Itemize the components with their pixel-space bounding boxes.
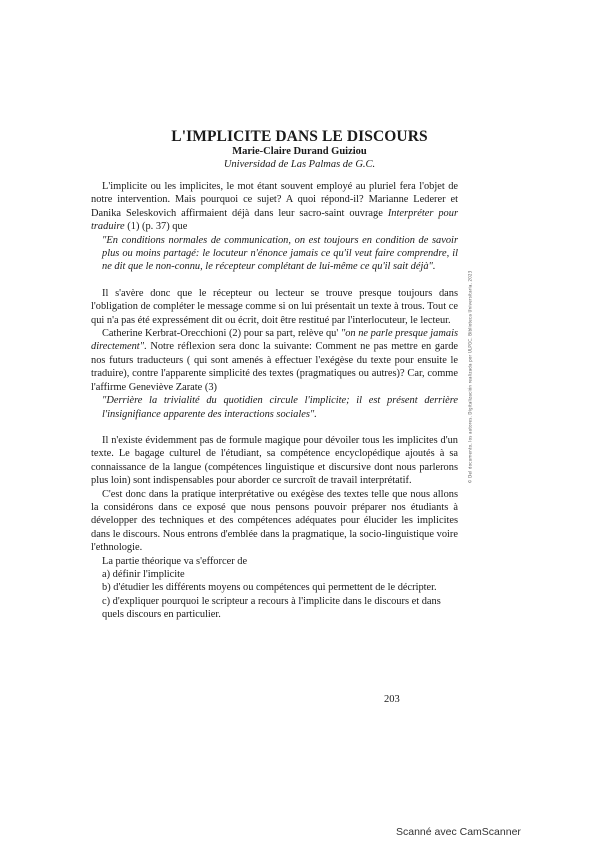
block-quote-2: "Derrière la trivialité du quotidien cir… bbox=[102, 394, 458, 421]
article-author: Marie-Claire Durand Guiziou bbox=[0, 146, 599, 157]
document-page: L'IMPLICITE DANS LE DISCOURS Marie-Clair… bbox=[0, 0, 599, 848]
paragraph-6: La partie théorique va s'efforcer de bbox=[91, 555, 458, 568]
paragraph-5: C'est donc dans la pratique interprétati… bbox=[91, 488, 458, 555]
paragraph-4: Il n'existe évidemment pas de formule ma… bbox=[91, 434, 458, 488]
margin-digitization-note: © Del documento, los autores. Digitaliza… bbox=[462, 300, 476, 488]
paragraph-3: Catherine Kerbrat-Orecchioni (2) pour sa… bbox=[91, 327, 458, 394]
scanner-watermark: Scanné avec CamScanner bbox=[396, 826, 521, 838]
list-item-b: b) d'étudier les différents moyens ou co… bbox=[102, 581, 458, 594]
article-affiliation: Universidad de Las Palmas de G.C. bbox=[0, 159, 599, 170]
page-number: 203 bbox=[384, 694, 400, 705]
paragraph-1: L'implicite ou les implicites, le mot ét… bbox=[91, 180, 458, 234]
list-item-a: a) définir l'implicite bbox=[102, 568, 458, 581]
article-body: L'implicite ou les implicites, le mot ét… bbox=[91, 180, 458, 622]
list-item-c: c) d'expliquer pourquoi le scripteur a r… bbox=[102, 595, 458, 622]
paragraph-2: Il s'avère donc que le récepteur ou lect… bbox=[91, 287, 458, 327]
block-quote-1: "En conditions normales de communication… bbox=[102, 234, 458, 274]
article-title: L'IMPLICITE DANS LE DISCOURS bbox=[0, 128, 599, 146]
